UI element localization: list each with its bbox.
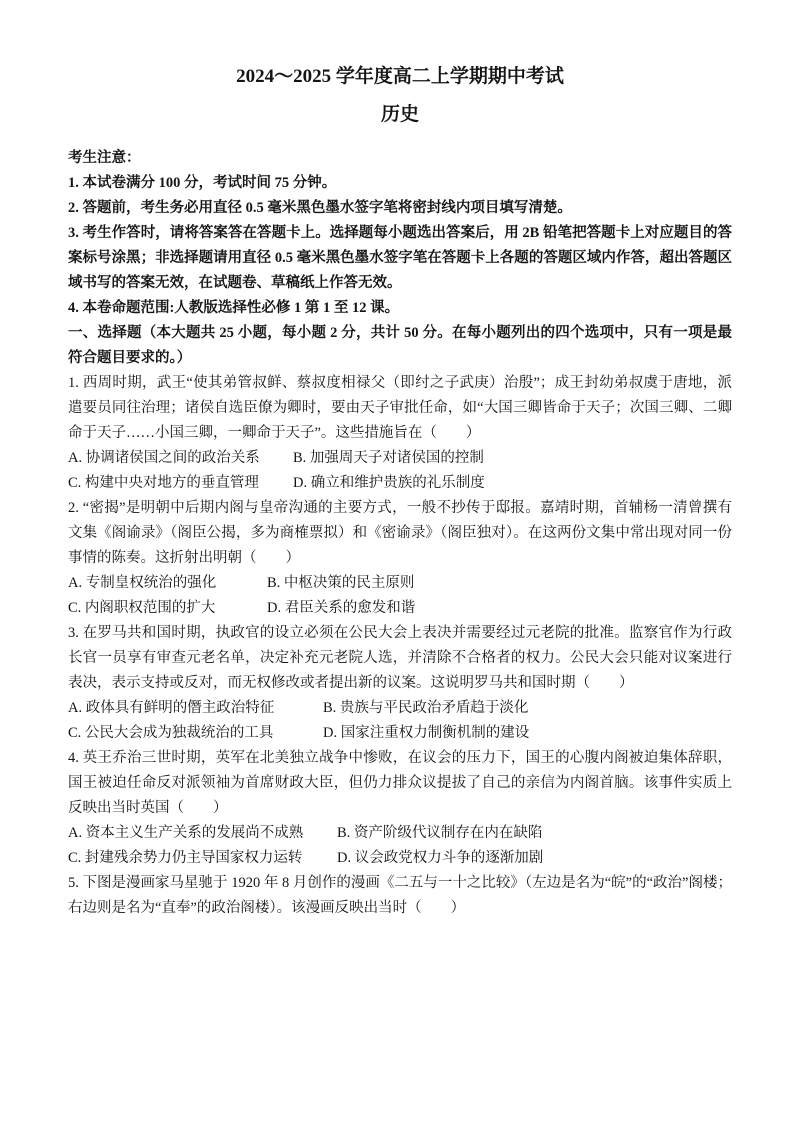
option-c: C. 公民大会成为独裁统治的工具 bbox=[68, 721, 323, 746]
question-3-options-ab: A. 政体具有鲜明的僭主政治特征 B. 贵族与平民政治矛盾趋于淡化 bbox=[68, 696, 732, 721]
question-4-options-cd: C. 封建残余势力仍主导国家权力运转 D. 议会政党权力斗争的逐渐加剧 bbox=[68, 846, 732, 871]
question-number: 3. bbox=[68, 625, 79, 641]
question-2-options-ab: A. 专制皇权统治的强化 B. 中枢决策的民主原则 bbox=[68, 571, 732, 596]
option-b: B. 贵族与平民政治矛盾趋于淡化 bbox=[323, 696, 528, 721]
notice-item-1: 1. 本试卷满分 100 分，考试时间 75 分钟。 bbox=[68, 171, 732, 196]
option-d: D. 确立和维护贵族的礼乐制度 bbox=[293, 471, 485, 496]
question-5-stem: 5. 下图是漫画家马星驰于 1920 年 8 月创作的漫画《二五与一十之比较》（… bbox=[68, 871, 732, 921]
section-one-heading: 一、选择题（本大题共 25 小题，每小题 2 分，共计 50 分。在每小题列出的… bbox=[68, 321, 732, 371]
option-b: B. 中枢决策的民主原则 bbox=[267, 571, 414, 596]
question-3-stem: 3. 在罗马共和国时期，执政官的设立必须在公民大会上表决并需要经过元老院的批准。… bbox=[68, 621, 732, 696]
option-d: D. 君臣关系的愈发和谐 bbox=[267, 596, 415, 621]
question-1-options-ab: A. 协调诸侯国之间的政治关系 B. 加强周天子对诸侯国的控制 bbox=[68, 446, 732, 471]
option-a: A. 专制皇权统治的强化 bbox=[68, 571, 267, 596]
option-a: A. 政体具有鲜明的僭主政治特征 bbox=[68, 696, 323, 721]
option-b: B. 加强周天子对诸侯国的控制 bbox=[293, 446, 484, 471]
question-1: 1. 西周时期，武王“使其弟管叔鲜、蔡叔度相禄父（即纣之子武庚）治殷”；成王封幼… bbox=[68, 371, 732, 496]
exam-paper-page: 2024～2025 学年度高二上学期期中考试 历史 考生注意： 1. 本试卷满分… bbox=[0, 0, 794, 1123]
notice-item-4: 4. 本卷命题范围:人教版选择性必修 1 第 1 至 12 课。 bbox=[68, 296, 732, 321]
question-text: “密揭”是明朝中后期内阁与皇帝沟通的主要方式，一般不抄传于邸报。嘉靖时期，首辅杨… bbox=[68, 500, 732, 566]
question-4-options-ab: A. 资本主义生产关系的发展尚不成熟 B. 资产阶级代议制存在内在缺陷 bbox=[68, 821, 732, 846]
candidate-notice: 考生注意： 1. 本试卷满分 100 分，考试时间 75 分钟。 2. 答题前，… bbox=[68, 146, 732, 321]
question-1-stem: 1. 西周时期，武王“使其弟管叔鲜、蔡叔度相禄父（即纣之子武庚）治殷”；成王封幼… bbox=[68, 371, 732, 446]
question-2-stem: 2. “密揭”是明朝中后期内阁与皇帝沟通的主要方式，一般不抄传于邸报。嘉靖时期，… bbox=[68, 496, 732, 571]
question-text: 在罗马共和国时期，执政官的设立必须在公民大会上表决并需要经过元老院的批准。监察官… bbox=[68, 625, 732, 691]
question-number: 2. bbox=[68, 500, 79, 516]
option-a: A. 协调诸侯国之间的政治关系 bbox=[68, 446, 293, 471]
question-text: 英王乔治三世时期，英军在北美独立战争中惨败，在议会的压力下，国王的心腹内阁被迫集… bbox=[68, 750, 732, 816]
notice-heading: 考生注意： bbox=[68, 146, 732, 171]
question-3: 3. 在罗马共和国时期，执政官的设立必须在公民大会上表决并需要经过元老院的批准。… bbox=[68, 621, 732, 746]
question-text: 西周时期，武王“使其弟管叔鲜、蔡叔度相禄父（即纣之子武庚）治殷”；成王封幼弟叔虞… bbox=[68, 375, 732, 441]
question-4: 4. 英王乔治三世时期，英军在北美独立战争中惨败，在议会的压力下，国王的心腹内阁… bbox=[68, 746, 732, 871]
question-1-options-cd: C. 构建中央对地方的垂直管理 D. 确立和维护贵族的礼乐制度 bbox=[68, 471, 732, 496]
option-d: D. 国家注重权力制衡机制的建设 bbox=[323, 721, 529, 746]
exam-subject: 历史 bbox=[68, 102, 732, 128]
option-c: C. 内阁职权范围的扩大 bbox=[68, 596, 267, 621]
question-text: 下图是漫画家马星驰于 1920 年 8 月创作的漫画《二五与一十之比较》（左边是… bbox=[68, 875, 732, 916]
question-5: 5. 下图是漫画家马星驰于 1920 年 8 月创作的漫画《二五与一十之比较》（… bbox=[68, 871, 732, 921]
question-number: 1. bbox=[68, 375, 79, 391]
option-c: C. 封建残余势力仍主导国家权力运转 bbox=[68, 846, 337, 871]
option-d: D. 议会政党权力斗争的逐渐加剧 bbox=[337, 846, 543, 871]
question-4-stem: 4. 英王乔治三世时期，英军在北美独立战争中惨败，在议会的压力下，国王的心腹内阁… bbox=[68, 746, 732, 821]
option-b: B. 资产阶级代议制存在内在缺陷 bbox=[337, 821, 542, 846]
question-number: 5. bbox=[68, 875, 79, 891]
option-c: C. 构建中央对地方的垂直管理 bbox=[68, 471, 293, 496]
exam-title: 2024～2025 学年度高二上学期期中考试 bbox=[68, 64, 732, 90]
question-3-options-cd: C. 公民大会成为独裁统治的工具 D. 国家注重权力制衡机制的建设 bbox=[68, 721, 732, 746]
option-a: A. 资本主义生产关系的发展尚不成熟 bbox=[68, 821, 337, 846]
question-2: 2. “密揭”是明朝中后期内阁与皇帝沟通的主要方式，一般不抄传于邸报。嘉靖时期，… bbox=[68, 496, 732, 621]
question-number: 4. bbox=[68, 750, 79, 766]
notice-item-2: 2. 答题前，考生务必用直径 0.5 毫米黑色墨水签字笔将密封线内项目填写清楚。 bbox=[68, 196, 732, 221]
question-2-options-cd: C. 内阁职权范围的扩大 D. 君臣关系的愈发和谐 bbox=[68, 596, 732, 621]
notice-item-3: 3. 考生作答时，请将答案答在答题卡上。选择题每小题选出答案后，用 2B 铅笔把… bbox=[68, 221, 732, 296]
